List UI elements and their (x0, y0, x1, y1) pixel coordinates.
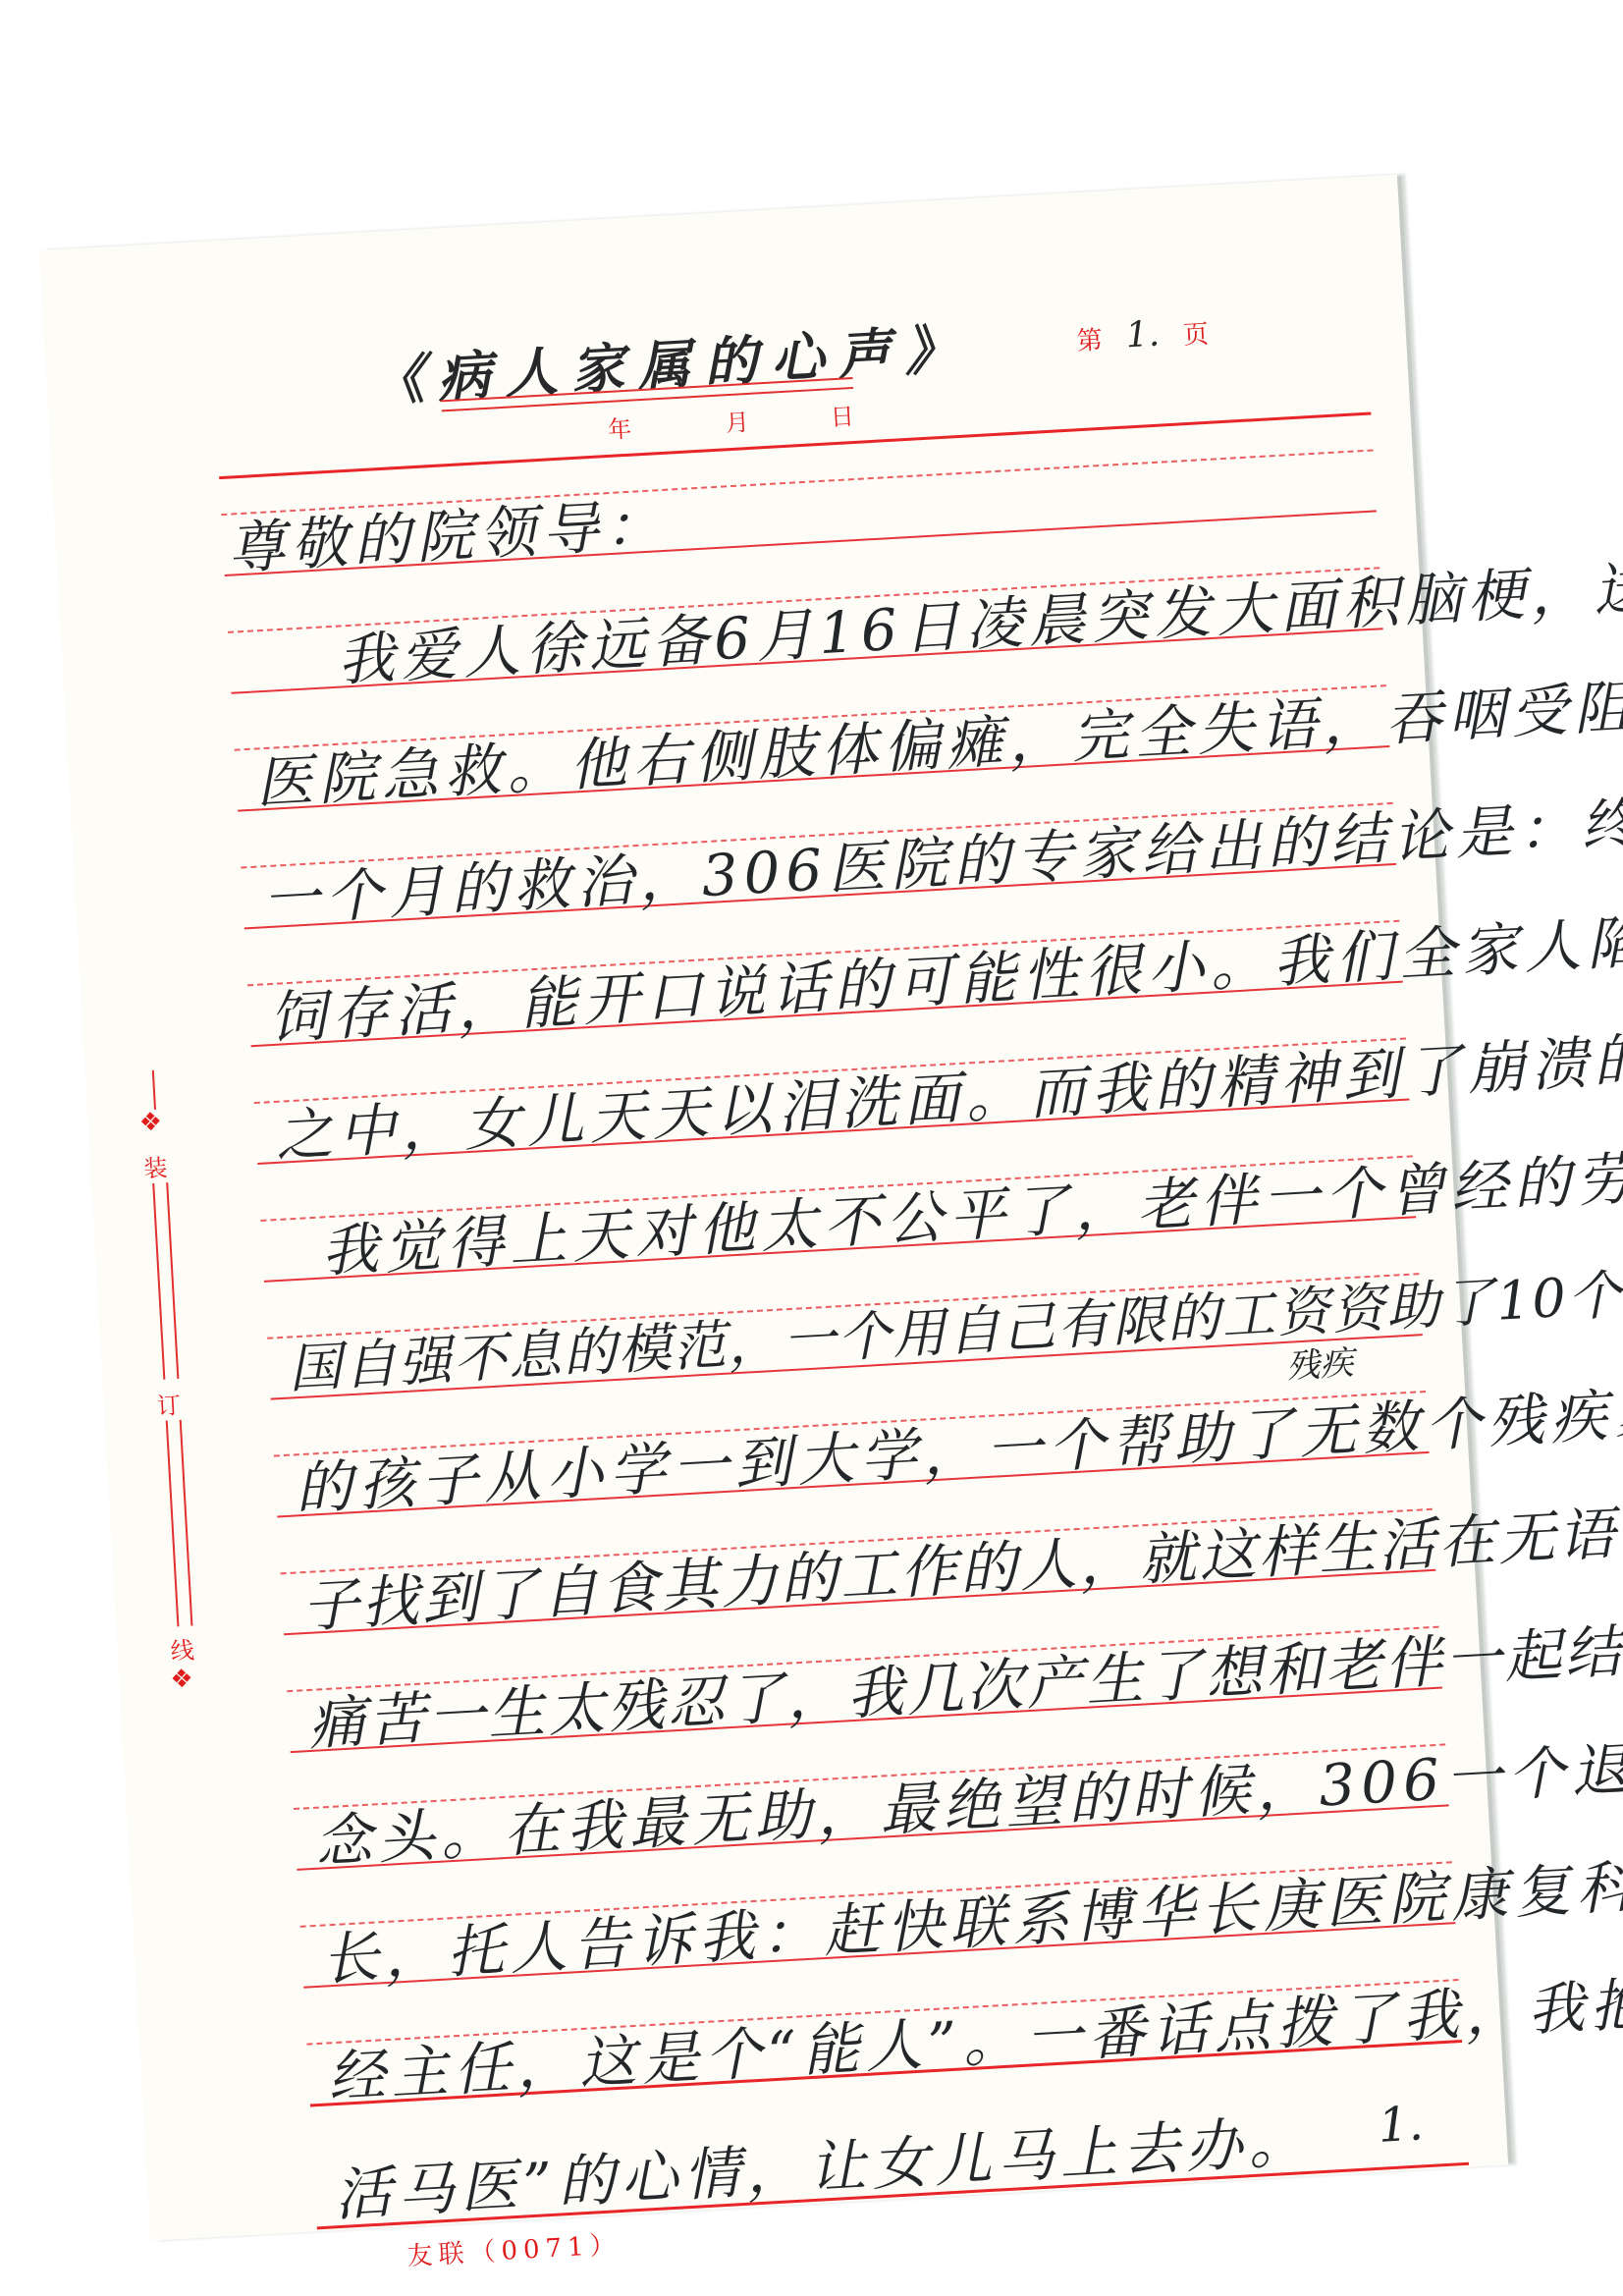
body-line-12: 长，托人告诉我：赶快联系博华长庚医院康复科，去找潘 (320, 1843, 1623, 1988)
letter-page: 《病人家属的心声》 第1.页 年 月 日 (39, 175, 1508, 2241)
body-line-9: 子找到了自食其力的工作的人，就这样生活在无语的世界里 (300, 1492, 1623, 1635)
date-month-label: 月 (725, 403, 750, 438)
body-line-14: 活马医”的心情，让女儿马上去办。 (333, 2112, 1312, 2223)
binding-line (152, 1183, 165, 1380)
binding-line (166, 1182, 179, 1379)
binding-label-xian: 线 (170, 1630, 195, 1666)
body-line-4: 饲存活，能开口说话的可能性很小。我们全家人陷入痛苦 (267, 902, 1623, 1047)
body-line-1: 我爱人徐远备6月16日凌晨突发大面积脑梗，送306 (336, 551, 1623, 688)
body-line-5: 之中，女儿天天以泪洗面。而我的精神到了崩溃的边缘， (274, 1020, 1623, 1165)
binding-label-ding: 订 (156, 1386, 182, 1421)
binding-label-zhuang: 装 (142, 1148, 168, 1183)
body-line-3: 一个月的救治，306医院的专家给出的结论是：终身靠鼻 (261, 785, 1623, 929)
binding-line (180, 1420, 193, 1626)
inserted-note: 残疾 (1285, 1336, 1355, 1388)
binding-line-top (152, 1070, 156, 1110)
binding-line (166, 1421, 180, 1627)
body-line-8: 的孩子从小学一到大学，一个帮助了无数个残疾家庭的孩 (294, 1373, 1623, 1517)
paper-brand: 友联（0071） (406, 2224, 622, 2272)
ornament-icon: ❖ (170, 1667, 194, 1693)
date-day-label: 日 (830, 397, 855, 432)
body-line-10: 痛苦一生太残忍了，我几次产生了想和老伴一起结束生命的 (307, 1610, 1623, 1753)
page-number: 1. (1124, 313, 1161, 355)
body-line-2: 医院急救。他右侧肢体偏瘫，完全失语，吞咽受阻，经过 (254, 667, 1623, 811)
page-prefix: 第 (1076, 326, 1104, 356)
body-line-11: 念头。在我最无助，最绝望的时候，306一个退休的老院 (313, 1726, 1623, 1871)
binding-margin: ❖ 装 订 线 ❖ (128, 1127, 221, 1738)
body-line-7: 国自强不息的模范，一个用自己有限的工资资助了10个贫困山区 (288, 1256, 1623, 1395)
body-line-6: 我觉得上天对他太不公平了，老伴一个曾经的劳动模，全 (320, 1135, 1623, 1280)
date-year-label: 年 (607, 410, 632, 445)
ornament-icon: ❖ (138, 1109, 163, 1135)
page-number-field: 第1.页 (1076, 311, 1210, 358)
handwritten-page-mark: 1. (1377, 2096, 1425, 2153)
salutation: 尊敬的院领导： (227, 496, 670, 577)
page-suffix: 页 (1182, 320, 1210, 351)
header-rule (219, 412, 1371, 480)
